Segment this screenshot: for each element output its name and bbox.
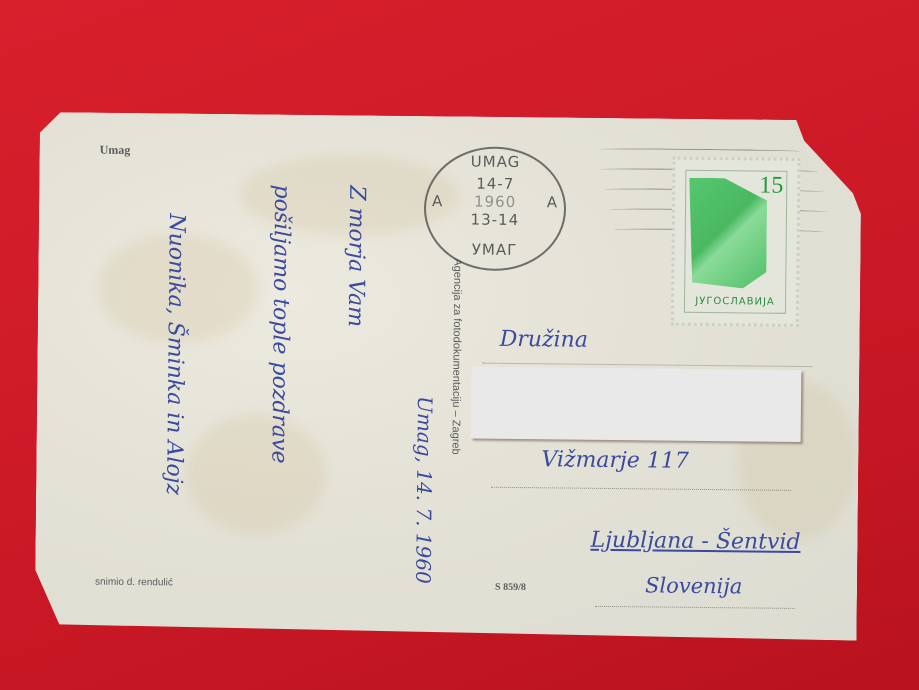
postage-stamp: 15 ЈУГОСЛАВИЈА xyxy=(671,157,801,327)
message-line-3: Nuonika, Šminka in Alojz xyxy=(161,213,189,495)
postmark-town: UMAG xyxy=(426,152,564,171)
address-line xyxy=(595,606,795,609)
postmark-year: 1960 xyxy=(426,192,564,211)
publisher-text: Agencija za fotodokumentaciju – Zagreb xyxy=(449,258,463,454)
address-street: Vižmarje 117 xyxy=(541,447,689,474)
stamp-country: ЈУГОСЛАВИЈА xyxy=(674,296,796,308)
postmark: UMAG 14-7 1960 13-14 A A УМАГ xyxy=(423,146,566,271)
postcard: Umag Agencija za fotodokumentaciju – Zag… xyxy=(35,112,862,641)
postmark-date: 14-7 xyxy=(426,174,564,193)
address-country: Slovenija xyxy=(645,573,743,598)
place-date: Umag, 14. 7. 1960 xyxy=(411,396,437,584)
postmark-time: 13-14 xyxy=(426,210,564,229)
address-recipient: Družina xyxy=(500,327,589,353)
postmark-left-letter: A xyxy=(432,192,443,210)
place-caption: Umag xyxy=(100,143,131,158)
photographer-credit: snimio d. rendulić xyxy=(95,577,173,589)
cancel-wave xyxy=(600,148,800,153)
address-city: Ljubljana - Šentvid xyxy=(590,528,800,555)
postmark-right-letter: A xyxy=(547,193,558,211)
redaction-patch xyxy=(471,367,802,442)
catalog-number: S 859/8 xyxy=(495,582,526,593)
stain xyxy=(186,414,327,535)
stamp-value: 15 xyxy=(759,173,783,200)
message-line-2: pošiljamo tople pozdrave xyxy=(266,184,294,463)
message-line-1: Z morja Vam xyxy=(343,185,369,327)
postmark-town-cyrillic: УМАГ xyxy=(425,240,563,259)
